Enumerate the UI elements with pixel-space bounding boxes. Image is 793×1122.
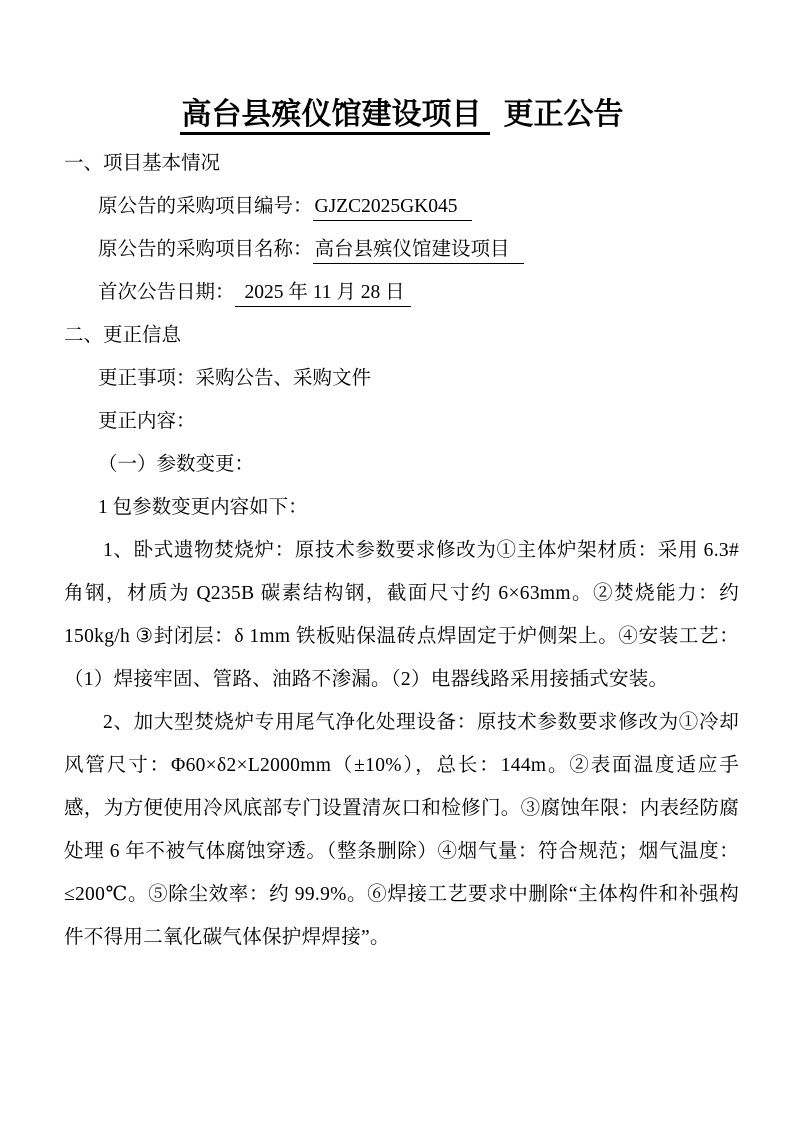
field-value-announcement-date: 2025 年 11 月 28 日 [235, 282, 411, 307]
document-title: 高台县殡仪馆建设项目更正公告 [64, 96, 739, 133]
field-label-project-number: 原公告的采购项目编号： [98, 196, 313, 217]
package-change-intro-line: 1 包参数变更内容如下： [64, 486, 739, 529]
field-first-announcement-date: 首次公告日期：2025 年 11 月 28 日 [64, 271, 739, 314]
correction-item-line: 更正事项：采购公告、采购文件 [64, 357, 739, 400]
field-value-project-name: 高台县殡仪馆建设项目 [313, 239, 524, 264]
field-value-project-number: GJZC2025GK045 [313, 196, 472, 221]
field-original-project-number: 原公告的采购项目编号：GJZC2025GK045 [64, 185, 739, 228]
title-project-name: 高台县殡仪馆建设项目 [180, 98, 490, 135]
correction-content-label-line: 更正内容： [64, 400, 739, 443]
document-page: 高台县殡仪馆建设项目更正公告 一、项目基本情况 原公告的采购项目编号：GJZC2… [0, 0, 793, 1122]
paragraph-incinerator-change: 1、卧式遗物焚烧炉：原技术参数要求修改为①主体炉架材质：采用 6.3#角钢，材质… [64, 529, 739, 701]
field-label-project-name: 原公告的采购项目名称： [98, 239, 313, 260]
section-heading-basic-info: 一、项目基本情况 [64, 142, 739, 185]
title-suffix: 更正公告 [504, 98, 624, 131]
section-heading-correction-info: 二、更正信息 [64, 314, 739, 357]
field-original-project-name: 原公告的采购项目名称：高台县殡仪馆建设项目 [64, 228, 739, 271]
subsection-parameter-change: （一）参数变更： [64, 443, 739, 486]
field-label-announcement-date: 首次公告日期： [98, 282, 235, 303]
paragraph-exhaust-purifier-change: 2、加大型焚烧炉专用尾气净化处理设备：原技术参数要求修改为①冷却风管尺寸：Φ60… [64, 701, 739, 959]
